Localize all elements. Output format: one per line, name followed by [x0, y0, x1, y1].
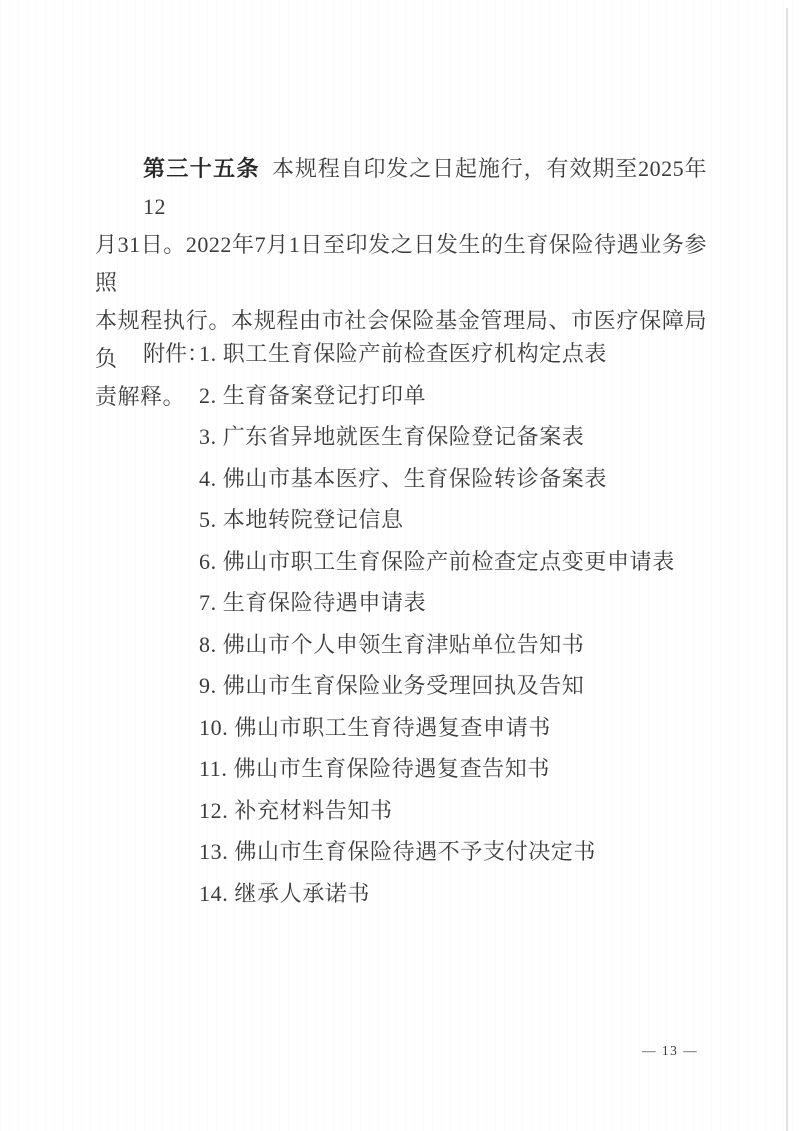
list-item: 8. 佛山市个人申领生育津贴单位告知书 [143, 624, 675, 666]
list-item: 12. 补充材料告知书 [143, 790, 675, 832]
list-item: 14. 继承人承诺书 [143, 873, 675, 915]
scan-edge-line [786, 8, 788, 1131]
page-number: — 13 — [642, 1043, 698, 1059]
attachments-label: 附件： [143, 333, 199, 375]
list-item: 6. 佛山市职工生育保险产前检查定点变更申请表 [143, 541, 675, 583]
attachment-row: 附件： 1. 职工生育保险产前检查医疗机构定点表 [143, 333, 675, 375]
list-item: 4. 佛山市基本医疗、生育保险转诊备案表 [143, 458, 675, 500]
document-page: 第三十五条本规程自印发之日起施行，有效期至2025年12 月31日。2022年7… [0, 0, 800, 1131]
list-item: 3. 广东省异地就医生育保险登记备案表 [143, 416, 675, 458]
list-item: 10. 佛山市职工生育待遇复查申请书 [143, 707, 675, 749]
list-item: 9. 佛山市生育保险业务受理回执及告知 [143, 665, 675, 707]
list-item: 11. 佛山市生育保险待遇复查告知书 [143, 748, 675, 790]
list-item: 7. 生育保险待遇申请表 [143, 582, 675, 624]
list-item: 5. 本地转院登记信息 [143, 499, 675, 541]
list-item: 13. 佛山市生育保险待遇不予支付决定书 [143, 831, 675, 873]
attachment-list: 附件： 1. 职工生育保险产前检查医疗机构定点表 2. 生育备案登记打印单 3.… [143, 333, 675, 914]
paragraph-line-2: 月31日。2022年7月1日至印发之日发生的生育保险待遇业务参照 [95, 226, 707, 302]
paragraph-line-1: 第三十五条本规程自印发之日起施行，有效期至2025年12 [95, 150, 707, 226]
list-item: 2. 生育备案登记打印单 [143, 375, 675, 417]
list-item: 1. 职工生育保险产前检查医疗机构定点表 [199, 333, 607, 375]
article-number: 第三十五条 [143, 156, 260, 181]
